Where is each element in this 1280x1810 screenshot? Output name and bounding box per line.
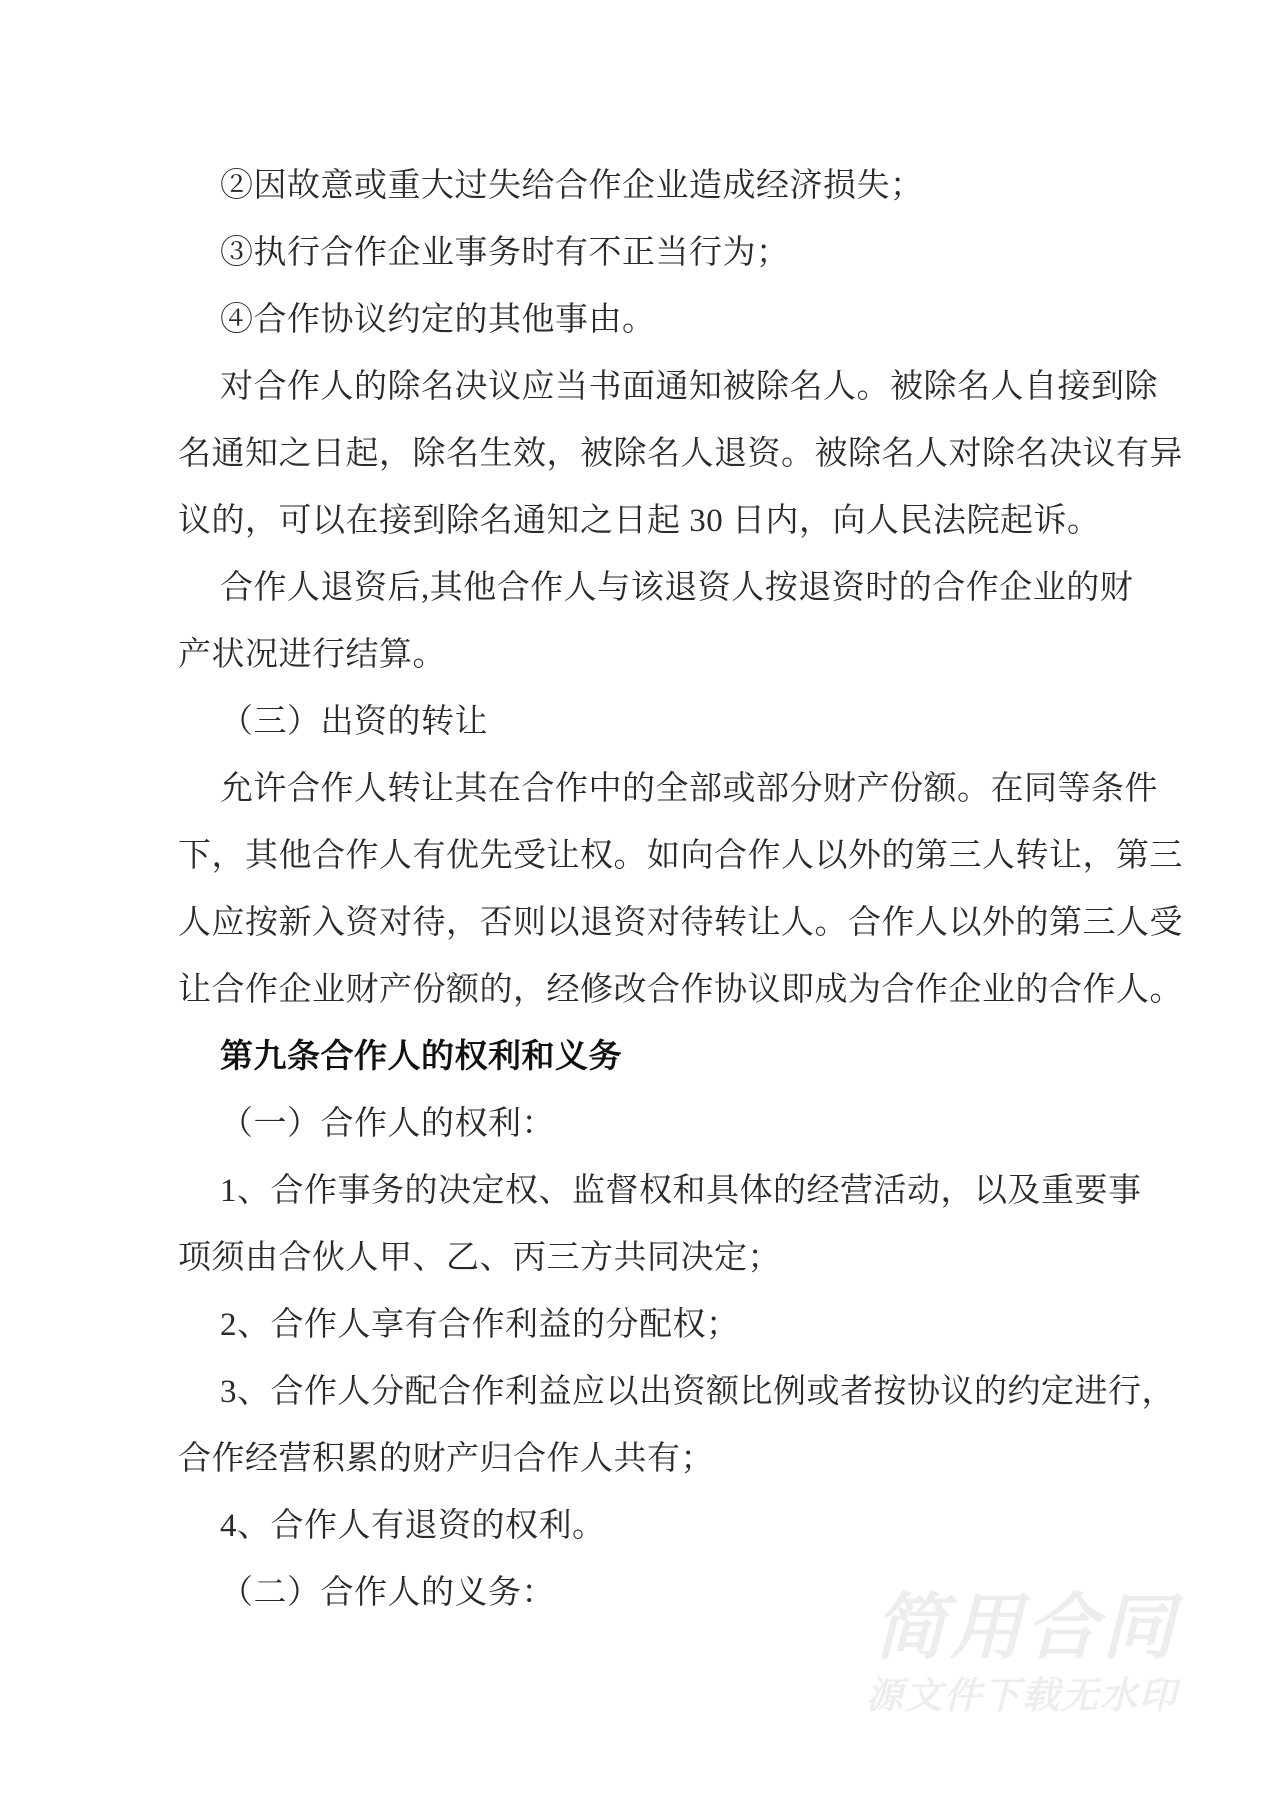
section-1-partner-rights-heading: （一）合作人的权利： [178,1091,1163,1158]
paragraph-removal-notice-line-3: 议的，可以在接到除名通知之日起 30 日内，向人民法院起诉。 [178,488,1163,555]
paragraph-transfer-line-4: 让合作企业财产份额的，经修改合作协议即成为合作企业的合作人。 [178,957,1163,1024]
paragraph-transfer-line-3: 人应按新入资对待，否则以退资对待转让人。合作人以外的第三人受 [178,890,1163,957]
clause-item-4: ④合作协议约定的其他事由。 [178,287,1163,354]
clause-item-2: ②因故意或重大过失给合作企业造成经济损失； [178,153,1163,220]
section-2-partner-obligations-heading: （二）合作人的义务： [178,1560,1163,1627]
rights-item-2: 2、合作人享有合作利益的分配权； [178,1292,1163,1359]
paragraph-transfer-line-2: 下，其他合作人有优先受让权。如向合作人以外的第三人转让，第三 [178,823,1163,890]
rights-item-1-line-1: 1、合作事务的决定权、监督权和具体的经营活动，以及重要事 [178,1158,1163,1225]
contract-document-page: ②因故意或重大过失给合作企业造成经济损失； ③执行合作企业事务时有不正当行为； … [0,0,1280,1810]
paragraph-transfer-line-1: 允许合作人转让其在合作中的全部或部分财产份额。在同等条件 [178,756,1163,823]
paragraph-removal-notice-line-2: 名通知之日起，除名生效，被除名人退资。被除名人对除名决议有异 [178,421,1163,488]
section-3-transfer-of-contribution: （三）出资的转让 [178,689,1163,756]
rights-item-4: 4、合作人有退资的权利。 [178,1493,1163,1560]
paragraph-withdrawal-settlement-line-1: 合作人退资后,其他合作人与该退资人按退资时的合作企业的财 [178,555,1163,622]
rights-item-1-line-2: 项须由合伙人甲、乙、丙三方共同决定； [178,1225,1163,1292]
rights-item-3-line-1: 3、合作人分配合作利益应以出资额比例或者按协议的约定进行， [178,1359,1163,1426]
article-9-heading: 第九条合作人的权利和义务 [178,1024,1163,1091]
rights-item-3-line-2: 合作经营积累的财产归合作人共有； [178,1426,1163,1493]
paragraph-removal-notice-line-1: 对合作人的除名决议应当书面通知被除名人。被除名人自接到除 [178,354,1163,421]
contract-text-block: ②因故意或重大过失给合作企业造成经济损失； ③执行合作企业事务时有不正当行为； … [178,153,1163,1627]
paragraph-withdrawal-settlement-line-2: 产状况进行结算。 [178,622,1163,689]
watermark-subtitle: 源文件下载无水印 [866,1676,1178,1716]
clause-item-3: ③执行合作企业事务时有不正当行为； [178,220,1163,287]
